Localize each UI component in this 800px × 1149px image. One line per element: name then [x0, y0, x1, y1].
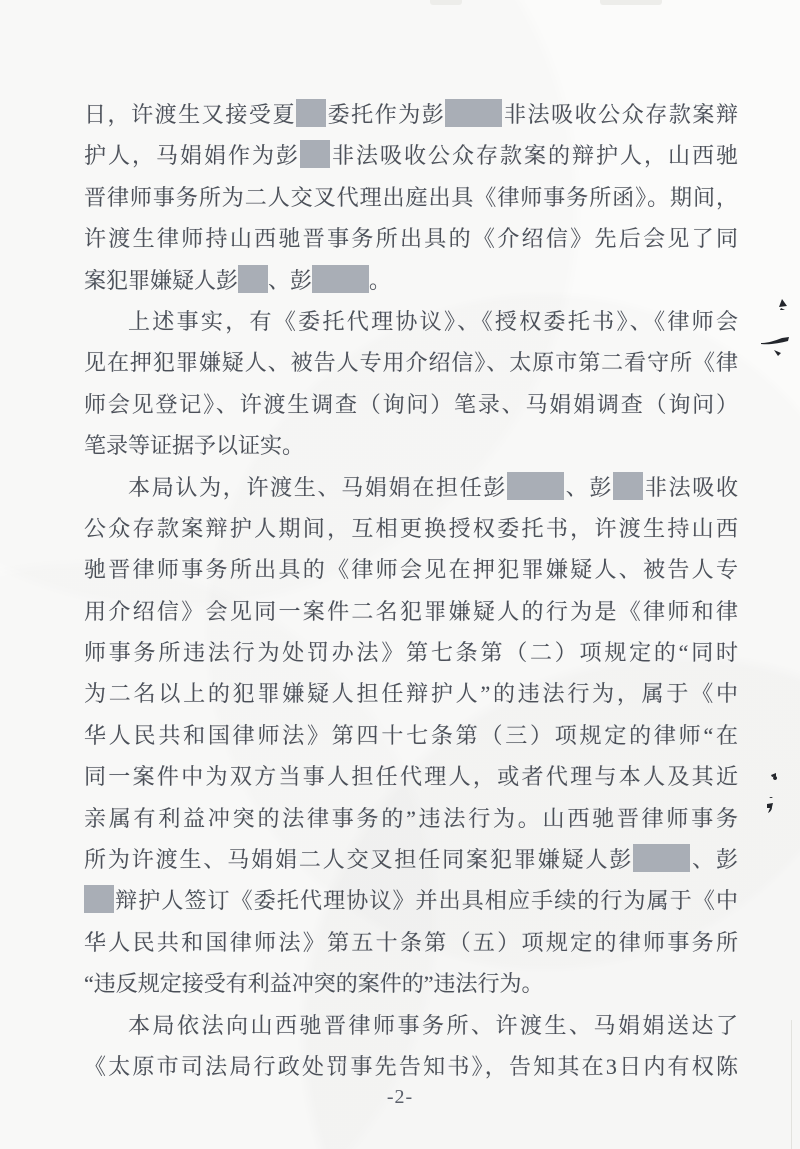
text-segment: 师会见登记》、许渡生调查（询问）笔录、马娟娟调查（询问）	[84, 392, 738, 417]
text-line: 师事务所违法行为处罚办法》第七条第（二）项规定的“同时	[84, 632, 738, 673]
redaction-box	[300, 140, 330, 168]
text-line: 晋律师事务所为二人交叉代理出庭出具《律师事务所函》。期间，	[84, 177, 738, 218]
text-line: “违反规定接受有利益冲突的案件的”违法行为。	[84, 963, 738, 1004]
redaction-box	[84, 885, 114, 913]
scan-smudge	[600, 0, 662, 5]
text-segment: 非法吸收公众存款案的辩护人，山西驰	[330, 143, 738, 168]
text-segment: 本局依法向山西驰晋律师事务所、许渡生、马娟娟送达了	[128, 1013, 738, 1038]
text-line: 所为许渡生、马娟娟二人交叉担任同案犯罪嫌疑人彭、彭	[84, 839, 738, 880]
page-number: -2-	[0, 1086, 800, 1109]
text-segment: 华人民共和国律师法》第四十七条第（三）项规定的律师“在	[84, 723, 738, 748]
hook-ink-mark	[764, 797, 778, 815]
text-segment: 师事务所违法行为处罚办法》第七条第（二）项规定的“同时	[84, 640, 738, 665]
text-line: 亲属有利益冲突的法律事务的”违法行为。山西驰晋律师事务	[84, 798, 738, 839]
text-segment: 华人民共和国律师法》第五十条第（五）项规定的律师事务所	[84, 930, 738, 955]
text-segment: 公众存款案辩护人期间，互相更换授权委托书，许渡生持山西	[84, 516, 738, 541]
dots-ink-mark	[768, 772, 780, 786]
text-segment: 为二名以上的犯罪嫌疑人担任辩护人”的违法行为，属于《中	[84, 681, 738, 706]
redaction-box	[312, 265, 369, 293]
text-segment: 同一案件中为双方当事人担任代理人，或者代理与本人及其近	[84, 764, 738, 789]
text-segment: 、彭	[690, 847, 738, 872]
text-segment: 、彭	[268, 268, 312, 293]
text-line: 辩护人签订《委托代理协议》并出具相应手续的行为属于《中	[84, 880, 738, 921]
text-segment: 见在押犯罪嫌疑人、被告人专用介绍信》、太原市第二看守所《律	[84, 350, 738, 375]
text-segment: 本局认为，许渡生、马娟娟在担任彭	[128, 475, 507, 500]
tick-ink-mark	[772, 348, 784, 358]
text-segment: 驰晋律师事务所出具的《律师会见在押犯罪嫌疑人、被告人专	[84, 557, 738, 582]
text-line: 许渡生律师持山西驰晋事务所出具的《介绍信》先后会见了同	[84, 218, 738, 259]
text-line: 用介绍信》会见同一案件二名犯罪嫌疑人的行为是《律师和律	[84, 591, 738, 632]
text-segment: 、彭	[564, 475, 613, 500]
document-body: 日，许渡生又接受夏委托作为彭非法吸收公众存款案辩护人，马娟娟作为彭非法吸收公众存…	[84, 94, 738, 1087]
text-segment: 委托作为彭	[326, 102, 445, 127]
text-segment: “违反规定接受有利益冲突的案件的”违法行为。	[84, 971, 544, 996]
text-segment: 辩护人签订《委托代理协议》并出具相应手续的行为属于《中	[114, 888, 738, 913]
text-segment: 亲属有利益冲突的法律事务的”违法行为。山西驰晋律师事务	[84, 806, 738, 831]
text-line: 《太原市司法局行政处罚事先告知书》，告知其在3日内有权陈	[84, 1046, 738, 1087]
text-segment: 。	[369, 268, 391, 293]
text-line: 师会见登记》、许渡生调查（询问）笔录、马娟娟调查（询问）	[84, 384, 738, 425]
text-line: 驰晋律师事务所出具的《律师会见在押犯罪嫌疑人、被告人专	[84, 549, 738, 590]
text-line: 见在押犯罪嫌疑人、被告人专用介绍信》、太原市第二看守所《律	[84, 342, 738, 383]
swoosh-ink-mark	[760, 334, 790, 346]
text-line: 华人民共和国律师法》第五十条第（五）项规定的律师事务所	[84, 922, 738, 963]
text-segment: 许渡生律师持山西驰晋事务所出具的《介绍信》先后会见了同	[84, 226, 738, 251]
text-line: 为二名以上的犯罪嫌疑人担任辩护人”的违法行为，属于《中	[84, 673, 738, 714]
text-segment: 用介绍信》会见同一案件二名犯罪嫌疑人的行为是《律师和律	[84, 599, 738, 624]
text-line: 本局依法向山西驰晋律师事务所、许渡生、马娟娟送达了	[84, 1005, 738, 1046]
redaction-box	[507, 472, 564, 500]
text-line: 上述事实，有《委托代理协议》、《授权委托书》、《律师会	[84, 301, 738, 342]
text-segment: 日，许渡生又接受夏	[84, 102, 296, 127]
text-segment: 护人，马娟娟作为彭	[84, 143, 300, 168]
redaction-box	[238, 265, 268, 293]
scan-smudge	[430, 0, 462, 5]
text-segment: 上述事实，有《委托代理协议》、《授权委托书》、《律师会	[128, 309, 738, 334]
text-segment: 晋律师事务所为二人交叉代理出庭出具《律师事务所函》。期间，	[84, 185, 738, 210]
text-segment: 《太原市司法局行政处罚事先告知书》，告知其在3日内有权陈	[84, 1054, 738, 1079]
text-line: 同一案件中为双方当事人担任代理人，或者代理与本人及其近	[84, 756, 738, 797]
text-line: 护人，马娟娟作为彭非法吸收公众存款案的辩护人，山西驰	[84, 135, 738, 176]
text-segment: 案犯罪嫌疑人彭	[84, 268, 238, 293]
triangle-ink-mark	[776, 298, 790, 312]
text-line: 公众存款案辩护人期间，互相更换授权委托书，许渡生持山西	[84, 508, 738, 549]
redaction-box	[445, 99, 502, 127]
scan-edge-line	[791, 1020, 792, 1149]
text-line: 案犯罪嫌疑人彭、彭。	[84, 260, 738, 301]
text-line: 日，许渡生又接受夏委托作为彭非法吸收公众存款案辩	[84, 94, 738, 135]
text-segment: 笔录等证据予以证实。	[84, 433, 304, 458]
text-segment: 非法吸收	[643, 475, 738, 500]
text-line: 笔录等证据予以证实。	[84, 425, 738, 466]
text-line: 华人民共和国律师法》第四十七条第（三）项规定的律师“在	[84, 715, 738, 756]
redaction-box	[633, 844, 690, 872]
redaction-box	[296, 99, 326, 127]
redaction-box	[613, 472, 643, 500]
text-segment: 所为许渡生、马娟娟二人交叉担任同案犯罪嫌疑人彭	[84, 847, 633, 872]
text-segment: 非法吸收公众存款案辩	[502, 102, 738, 127]
scanned-document-page: 日，许渡生又接受夏委托作为彭非法吸收公众存款案辩护人，马娟娟作为彭非法吸收公众存…	[0, 0, 800, 1149]
text-line: 本局认为，许渡生、马娟娟在担任彭、彭非法吸收	[84, 467, 738, 508]
